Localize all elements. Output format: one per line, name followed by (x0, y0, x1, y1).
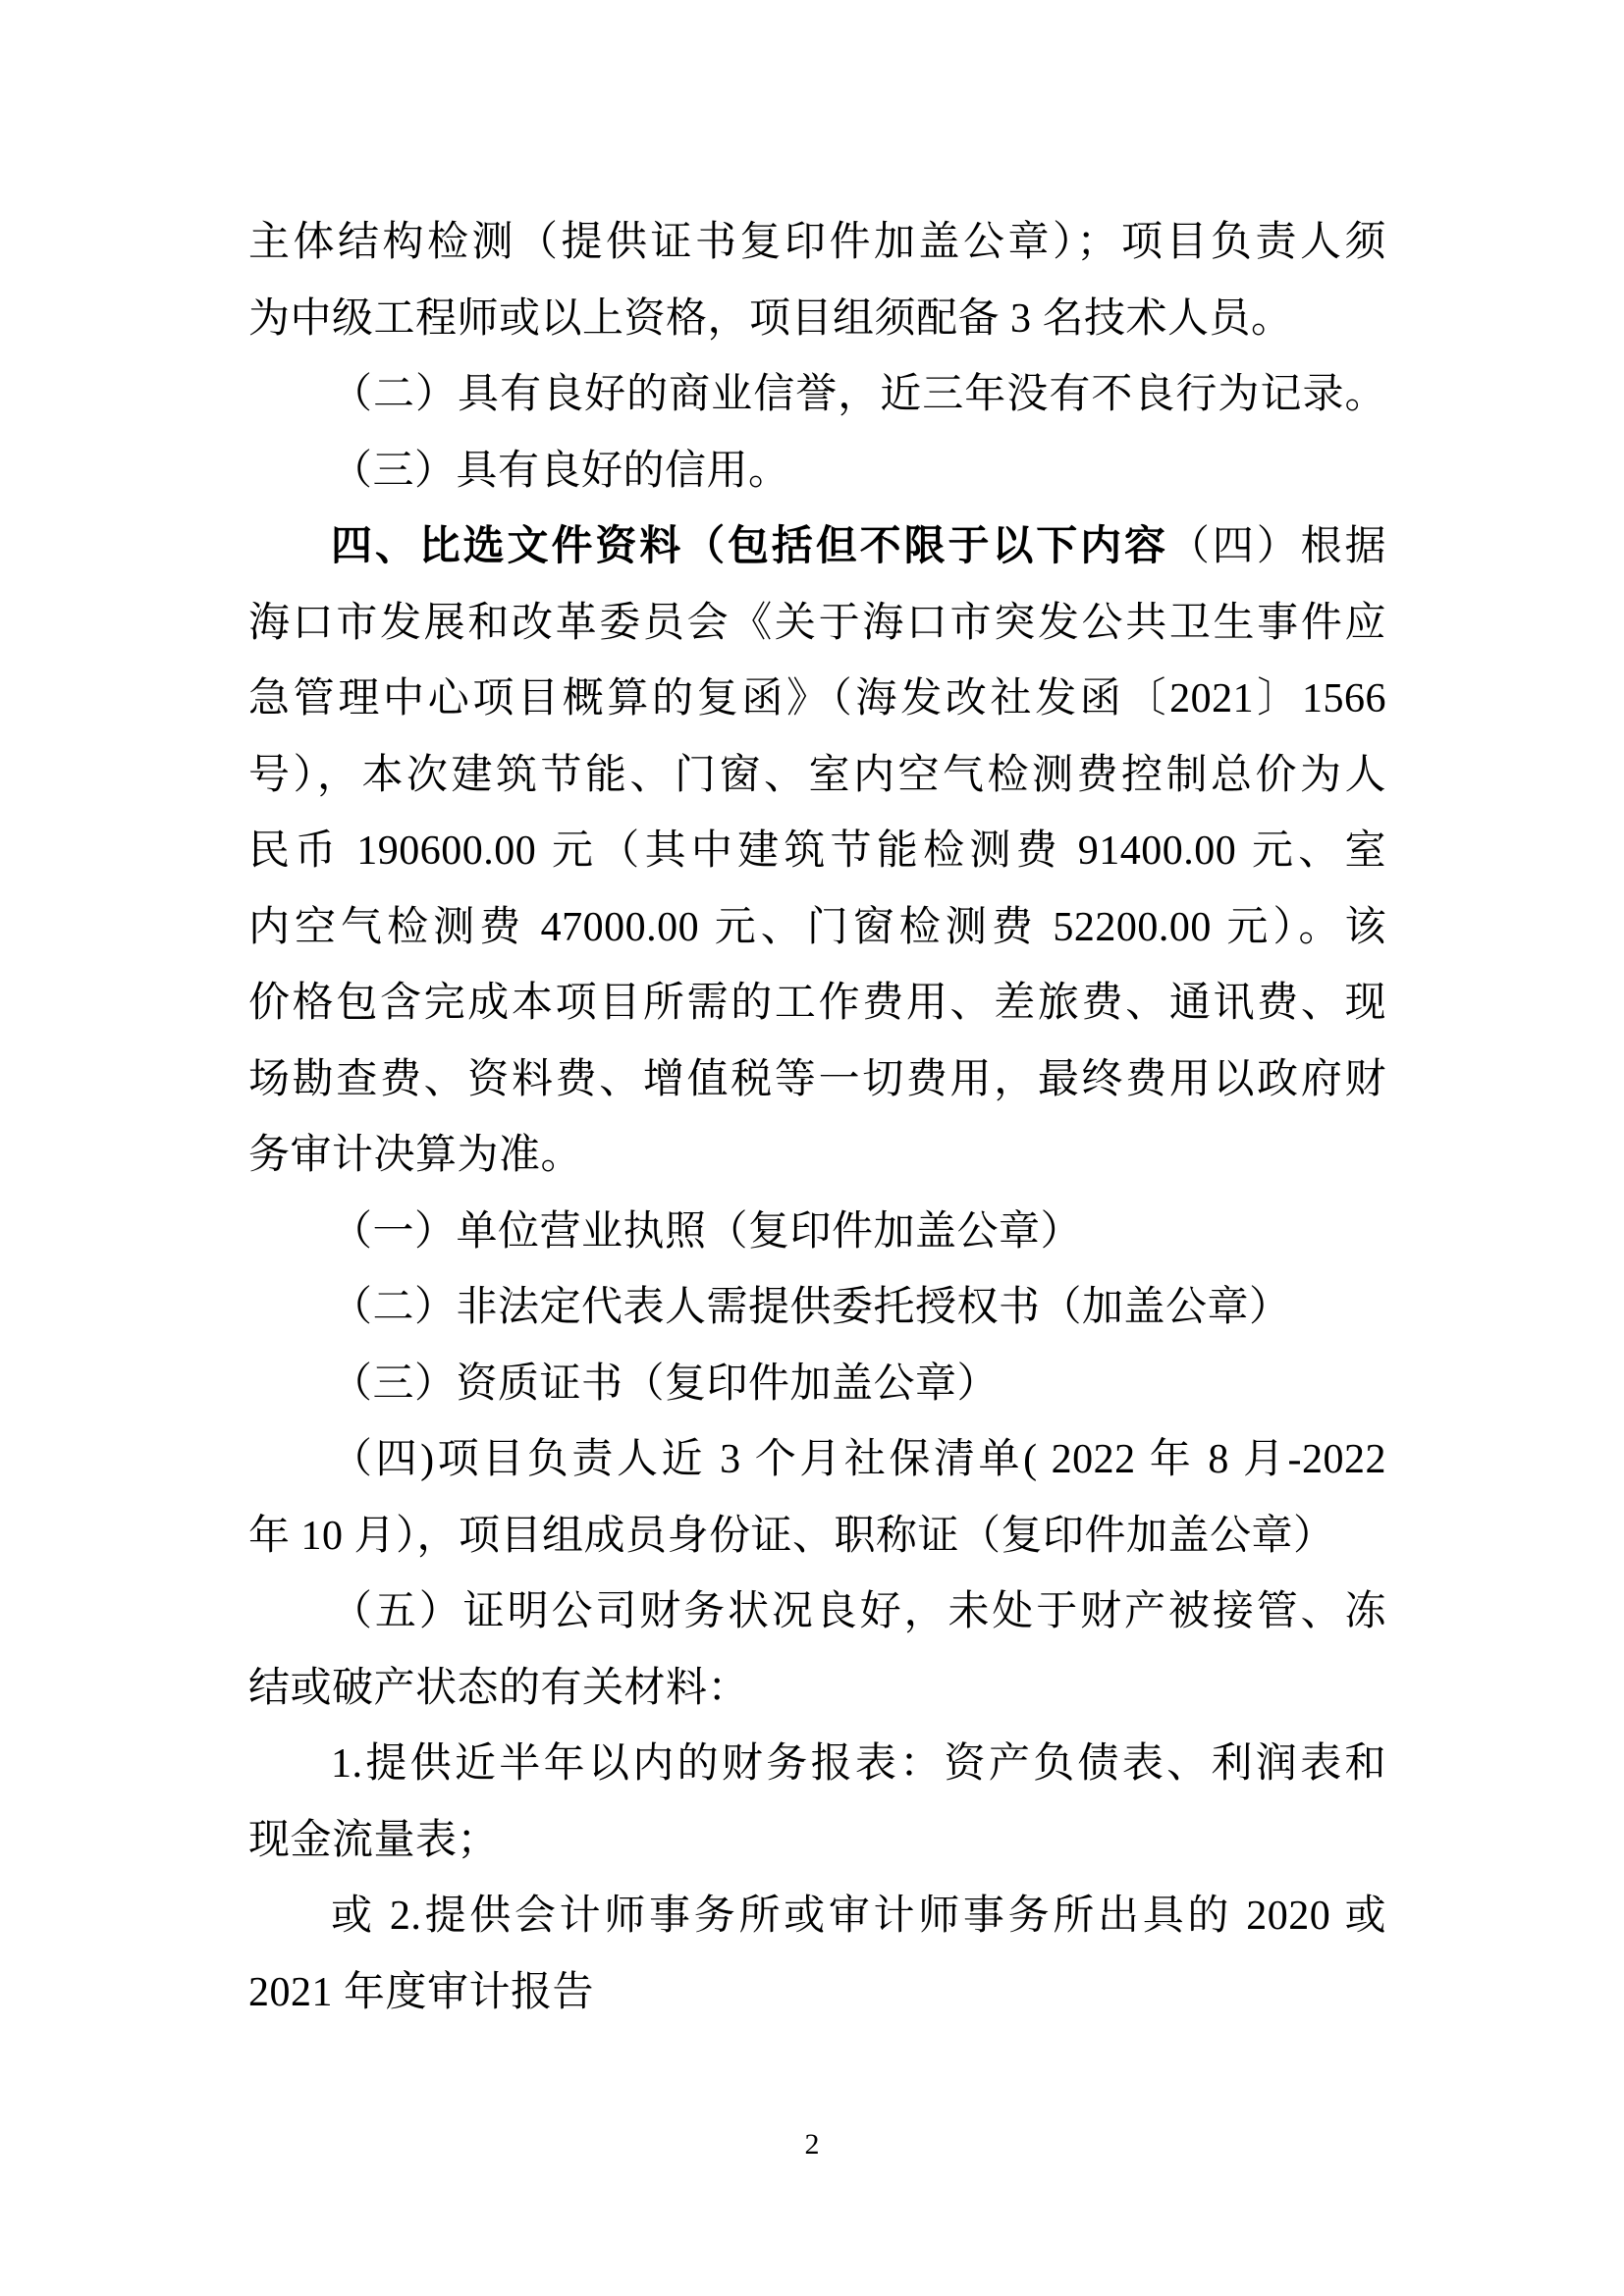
text-line: （五）证明公司财务状况良好，未处于财产被接管、冻 (248, 1575, 1386, 1651)
text-line: 务审计决算为准。 (248, 1118, 1386, 1195)
text-line: 急管理中心项目概算的复函》（海发改社发函〔2021〕1566 (248, 662, 1386, 738)
text-run: （三）具有良好的信用。 (331, 449, 790, 494)
text-line: （三）资质证书（复印件加盖公章） (248, 1347, 1386, 1423)
text-line: 海口市发展和改革委员会《关于海口市突发公共卫生事件应 (248, 586, 1386, 663)
text-line: 或 2.提供会计师事务所或审计师事务所出具的 2020 或 (248, 1879, 1386, 1955)
text-line: 结或破产状态的有关材料： (248, 1651, 1386, 1728)
text-run: 1.提供近半年以内的财务报表：资产负债表、利润表和 (331, 1741, 1386, 1787)
text-run: （二）具有良好的商业信誉，近三年没有不良行为记录。 (331, 372, 1386, 417)
text-line: （四)项目负责人近 3 个月社保清单( 2022 年 8 月-2022 (248, 1422, 1386, 1499)
text-line: 内空气检测费 47000.00 元、门窗检测费 52200.00 元）。该 (248, 890, 1386, 967)
text-line: （二）具有良好的商业信誉，近三年没有不良行为记录。 (248, 357, 1386, 434)
text-line: 号），本次建筑节能、门窗、室内空气检测费控制总价为人 (248, 738, 1386, 815)
text-run: 2021 年度审计报告 (248, 1970, 594, 2015)
text-run: 价格包含完成本项目所需的工作费用、差旅费、通讯费、现 (248, 981, 1386, 1026)
text-line: 现金流量表； (248, 1803, 1386, 1880)
text-run: （二）非法定代表人需提供委托授权书（加盖公章） (331, 1285, 1291, 1330)
text-line: 场勘查费、资料费、增值税等一切费用，最终费用以政府财 (248, 1042, 1386, 1119)
text-run: 现金流量表； (248, 1818, 499, 1863)
text-run: 主体结构检测（提供证书复印件加盖公章）；项目负责人须 (248, 220, 1386, 265)
text-line: （二）非法定代表人需提供委托授权书（加盖公章） (248, 1270, 1386, 1347)
text-run: （五）证明公司财务状况良好，未处于财产被接管、冻 (331, 1589, 1386, 1634)
text-line: 四、比选文件资料（包括但不限于以下内容（四）根据 (248, 509, 1386, 586)
text-line: 主体结构检测（提供证书复印件加盖公章）；项目负责人须 (248, 205, 1386, 282)
text-run: 结或破产状态的有关材料： (248, 1666, 749, 1711)
text-run: 或 2.提供会计师事务所或审计师事务所出具的 2020 或 (331, 1894, 1386, 1939)
text-line: 价格包含完成本项目所需的工作费用、差旅费、通讯费、现 (248, 966, 1386, 1042)
text-run: 民币 190600.00 元（其中建筑节能检测费 91400.00 元、室 (248, 828, 1386, 874)
bold-text-run: 四、比选文件资料（包括但不限于以下内容 (331, 524, 1168, 569)
text-run: 务审计决算为准。 (248, 1133, 582, 1178)
text-line: （一）单位营业执照（复印件加盖公章） (248, 1195, 1386, 1271)
text-run: （四）根据 (1168, 524, 1386, 569)
text-run: （三）资质证书（复印件加盖公章） (331, 1362, 999, 1407)
text-line: 民币 190600.00 元（其中建筑节能检测费 91400.00 元、室 (248, 814, 1386, 890)
text-line: 为中级工程师或以上资格，项目组须配备 3 名技术人员。 (248, 282, 1386, 358)
text-run: 年 10 月），项目组成员身份证、职称证（复印件加盖公章） (248, 1514, 1335, 1559)
text-run: 为中级工程师或以上资格，项目组须配备 3 名技术人员。 (248, 296, 1293, 342)
text-run: 场勘查费、资料费、增值税等一切费用，最终费用以政府财 (248, 1057, 1386, 1102)
text-run: （一）单位营业执照（复印件加盖公章） (331, 1209, 1082, 1255)
text-run: 号），本次建筑节能、门窗、室内空气检测费控制总价为人 (248, 753, 1386, 798)
text-line: （三）具有良好的信用。 (248, 434, 1386, 510)
page-number: 2 (0, 2120, 1624, 2169)
text-line: 年 10 月），项目组成员身份证、职称证（复印件加盖公章） (248, 1499, 1386, 1575)
text-run: （四)项目负责人近 3 个月社保清单( 2022 年 8 月-2022 (331, 1437, 1386, 1482)
text-line: 2021 年度审计报告 (248, 1955, 1386, 2032)
document-page: 主体结构检测（提供证书复印件加盖公章）；项目负责人须为中级工程师或以上资格，项目… (0, 0, 1624, 2296)
text-line: 1.提供近半年以内的财务报表：资产负债表、利润表和 (248, 1727, 1386, 1803)
text-run: 海口市发展和改革委员会《关于海口市突发公共卫生事件应 (248, 601, 1386, 646)
text-run: 急管理中心项目概算的复函》（海发改社发函〔2021〕1566 (248, 676, 1386, 721)
text-run: 内空气检测费 47000.00 元、门窗检测费 52200.00 元）。该 (248, 905, 1386, 950)
document-body: 主体结构检测（提供证书复印件加盖公章）；项目负责人须为中级工程师或以上资格，项目… (248, 205, 1386, 2031)
